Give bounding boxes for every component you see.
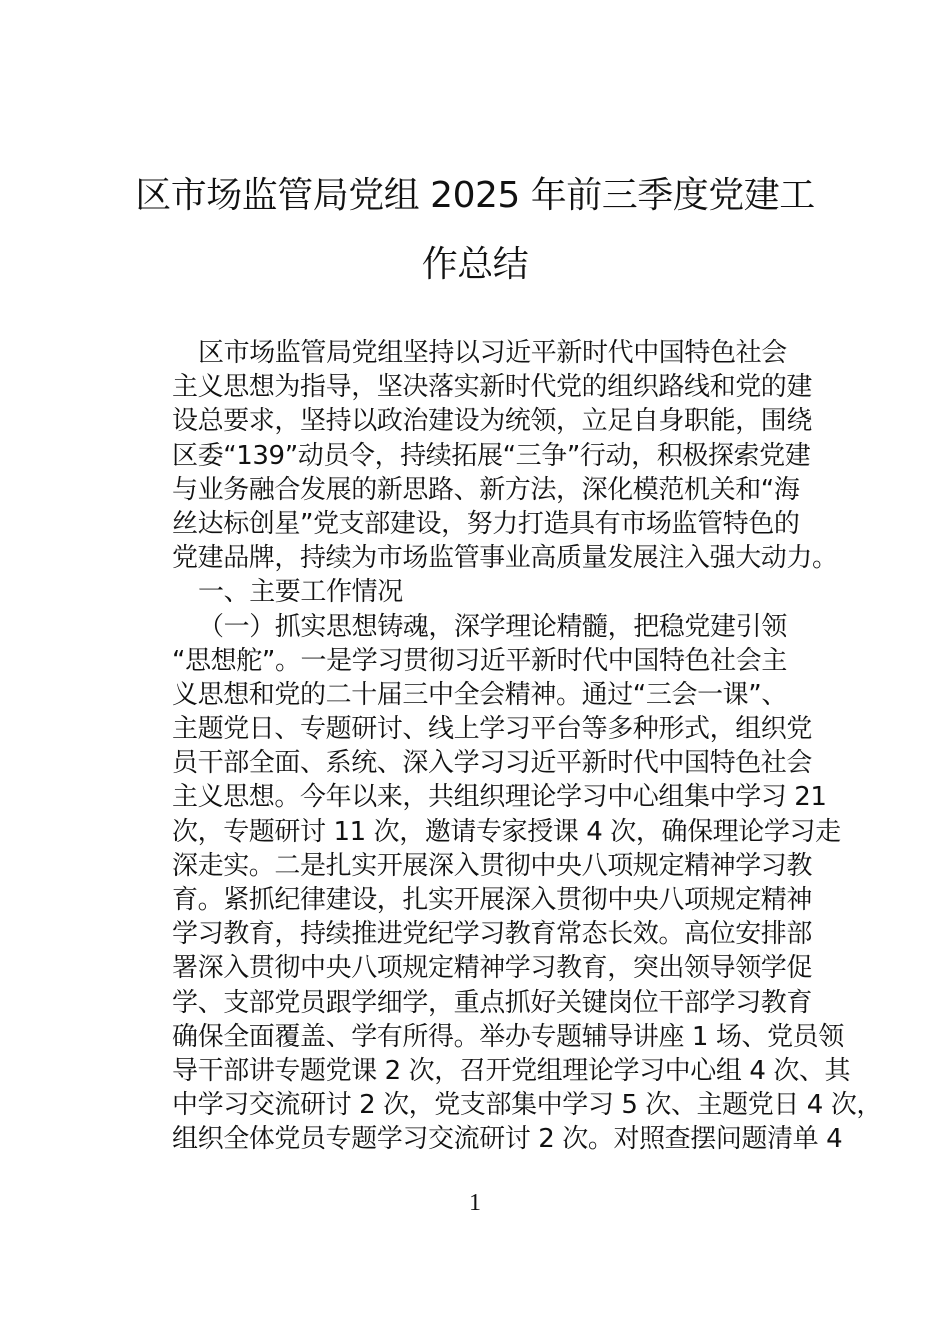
paragraph-line: 主义思想。今年以来，共组织理论学习中心组集中学习 21	[172, 780, 812, 814]
paragraph-line: 确保全面覆盖、学有所得。举办专题辅导讲座 1 场、党员领	[172, 1020, 812, 1054]
paragraph-intro-line: 区委“139”动员令，持续拓展“三争”行动，积极探索党建	[172, 439, 812, 473]
paragraph-intro-line: 区市场监管局党组坚持以习近平新时代中国特色社会	[172, 336, 812, 370]
paragraph-line: 组织全体党员专题学习交流研讨 2 次。对照查摆问题清单 4	[172, 1122, 812, 1156]
paragraph-line: 中学习交流研讨 2 次，党支部集中学习 5 次、主题党日 4 次，	[172, 1088, 812, 1122]
paragraph-line: 导干部讲专题党课 2 次，召开党组理论学习中心组 4 次、其	[172, 1054, 812, 1088]
paragraph-intro-line: 党建品牌，持续为市场监管事业高质量发展注入强大动力。	[172, 541, 812, 575]
document-page: 区市场监管局党组 2025 年前三季度党建工 作总结 区市场监管局党组坚持以习近…	[0, 0, 950, 1344]
document-body: 区市场监管局党组坚持以习近平新时代中国特色社会 主义思想为指导，坚决落实新时代党…	[172, 336, 812, 1157]
paragraph-line: 署深入贯彻中央八项规定精神学习教育，突出领导领学促	[172, 951, 812, 985]
paragraph-line: “思想舵”。一是学习贯彻习近平新时代中国特色社会主	[172, 644, 812, 678]
paragraph-intro-line: 主义思想为指导，坚决落实新时代党的组织路线和党的建	[172, 370, 812, 404]
paragraph-line: 员干部全面、系统、深入学习习近平新时代中国特色社会	[172, 746, 812, 780]
page-number: 1	[0, 1190, 950, 1217]
paragraph-intro-line: 设总要求，坚持以政治建设为统领，立足自身职能，围绕	[172, 404, 812, 438]
document-title-line-1: 区市场监管局党组 2025 年前三季度党建工	[100, 176, 850, 216]
paragraph-line: 深走实。二是扎实开展深入贯彻中央八项规定精神学习教	[172, 849, 812, 883]
paragraph-line: 次，专题研讨 11 次，邀请专家授课 4 次，确保理论学习走	[172, 815, 812, 849]
paragraph-intro-line: 与业务融合发展的新思路、新方法，深化模范机关和“海	[172, 473, 812, 507]
paragraph-line: 学习教育，持续推进党纪学习教育常态长效。高位安排部	[172, 917, 812, 951]
subsection-heading-1: （一）抓实思想铸魂，深学理论精髓，把稳党建引领	[172, 610, 812, 644]
section-heading-1: 一、主要工作情况	[172, 575, 812, 609]
paragraph-line: 主题党日、专题研讨、线上学习平台等多种形式，组织党	[172, 712, 812, 746]
paragraph-line: 学、支部党员跟学细学，重点抓好关键岗位干部学习教育	[172, 986, 812, 1020]
paragraph-line: 义思想和党的二十届三中全会精神。通过“三会一课”、	[172, 678, 812, 712]
document-title-line-2: 作总结	[100, 245, 850, 285]
paragraph-intro-line: 丝达标创星”党支部建设，努力打造具有市场监管特色的	[172, 507, 812, 541]
paragraph-line: 育。紧抓纪律建设，扎实开展深入贯彻中央八项规定精神	[172, 883, 812, 917]
